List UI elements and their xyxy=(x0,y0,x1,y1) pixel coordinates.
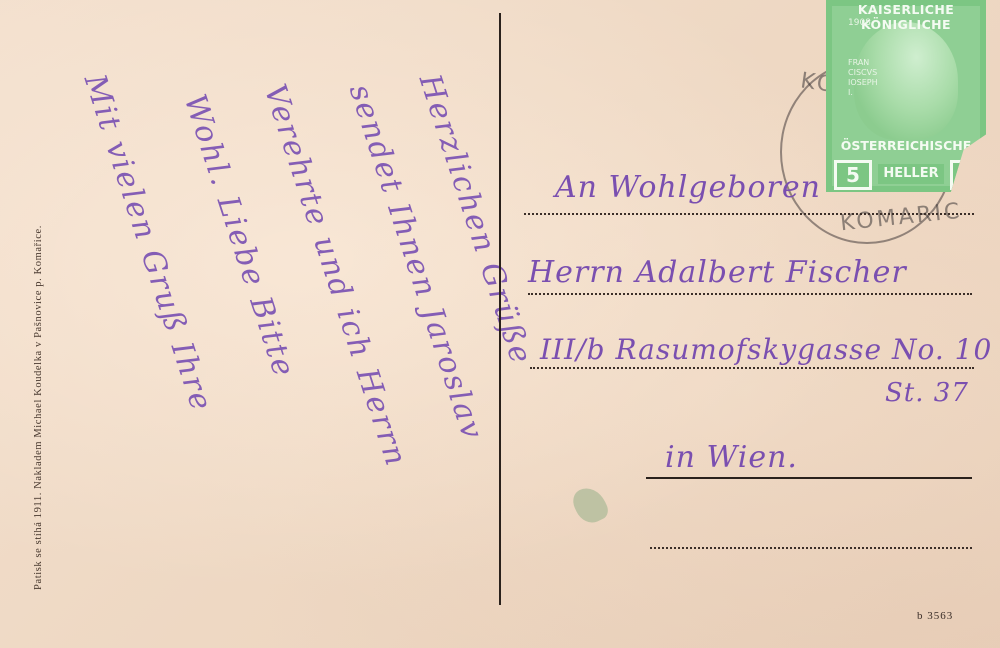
stamp-value: 5 xyxy=(834,160,872,190)
address-line-5: in Wien. xyxy=(665,440,798,475)
caption-line: IOSEPH xyxy=(848,78,878,88)
postcard-back: Patisk se stíhá 1911. Nakladem Michael K… xyxy=(0,0,1000,648)
address-line-1: An Wohlgeboren xyxy=(555,170,821,205)
paper-stain xyxy=(569,482,611,527)
address-line-3: III/b Rasumofskygasse No. 10 xyxy=(540,333,992,366)
catalog-number: b 3563 xyxy=(917,610,953,622)
caption-line: FRAN xyxy=(848,58,878,68)
stamp-portrait-caption: FRAN CISCVS IOSEPH I. xyxy=(848,58,878,98)
stamp-ring-text-bottom: ÖSTERREICHISCHE xyxy=(832,138,980,153)
center-divider xyxy=(499,13,501,605)
address-line-2: Herrn Adalbert Fischer xyxy=(528,255,907,290)
dotted-rule-3 xyxy=(530,367,974,369)
publisher-imprint: Patisk se stíhá 1911. Nakladem Michael K… xyxy=(33,50,53,590)
stamp-value-box-right xyxy=(950,160,976,190)
caption-line: I. xyxy=(848,88,878,98)
stamp-year: 1908 xyxy=(848,18,871,28)
address-line-4: St. 37 xyxy=(885,378,969,408)
dotted-rule-1 xyxy=(524,213,974,215)
dotted-rule-4 xyxy=(650,547,972,549)
dotted-rule-2 xyxy=(528,293,972,295)
postage-stamp: KAISERLICHE KÖNIGLICHE 1908 FRAN CISCVS … xyxy=(826,0,986,192)
solid-rule xyxy=(646,477,972,479)
stamp-currency: HELLER xyxy=(878,164,944,184)
caption-line: CISCVS xyxy=(848,68,878,78)
